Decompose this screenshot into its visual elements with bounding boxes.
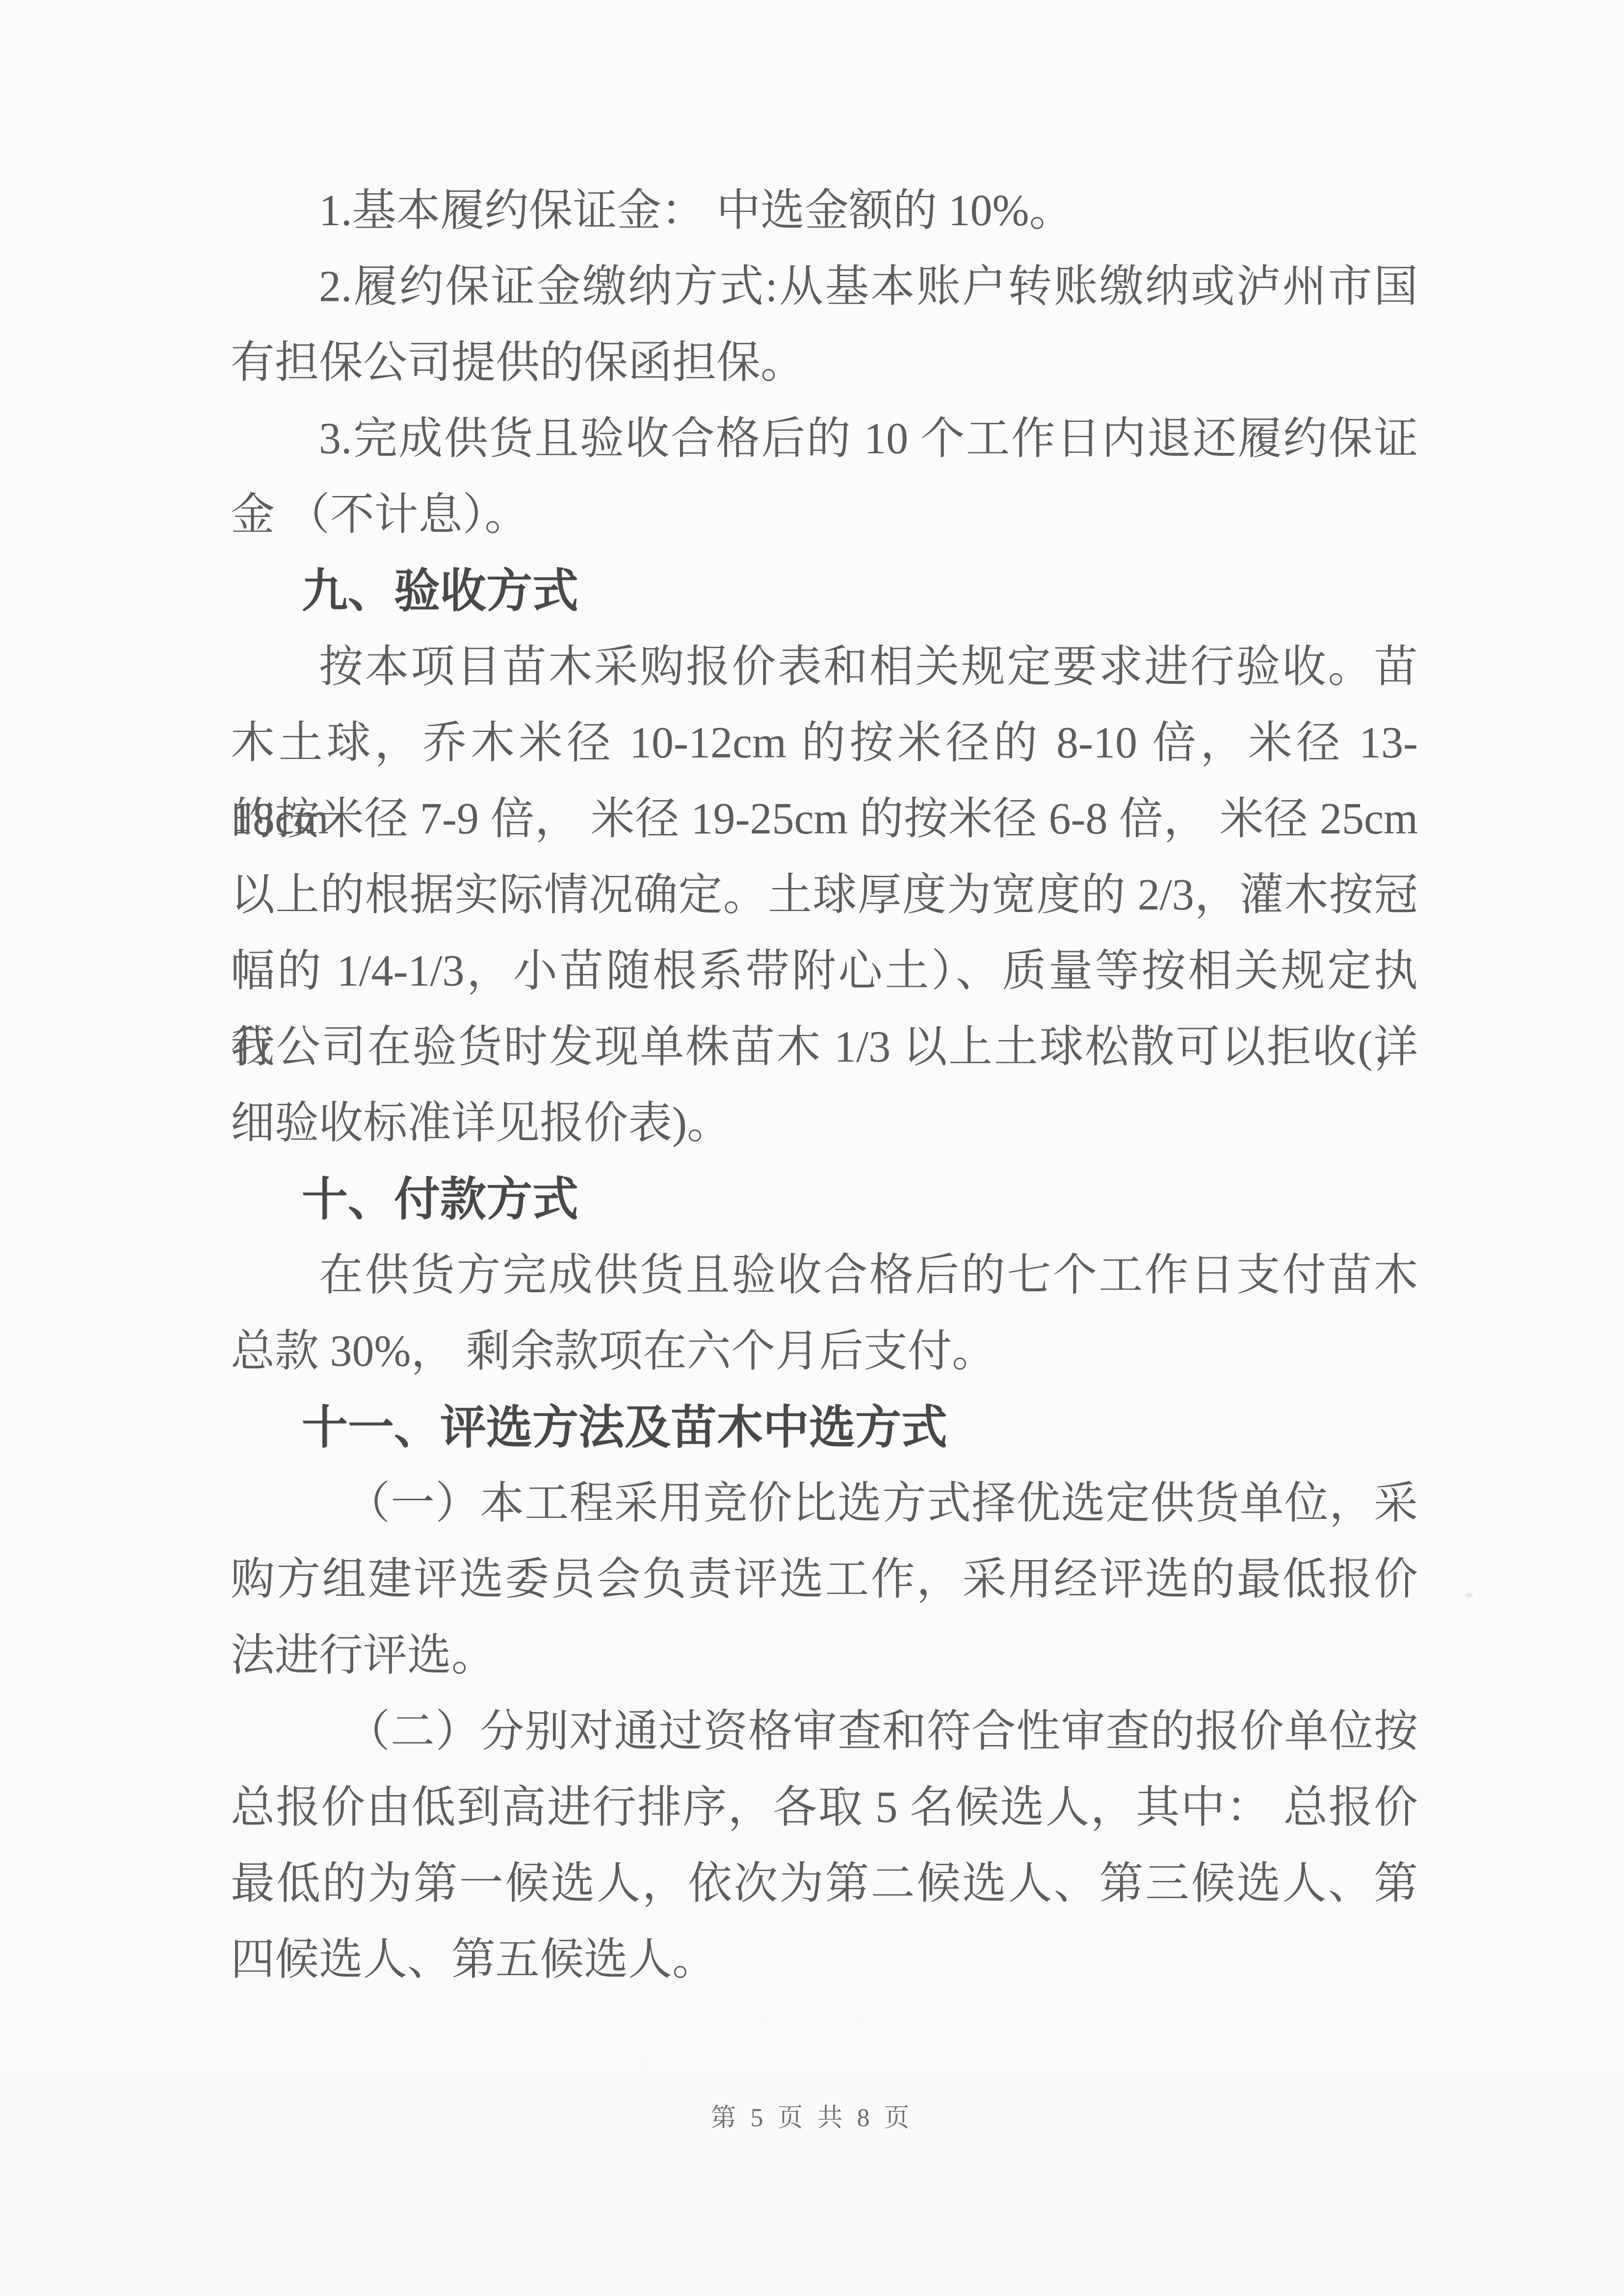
text-line-5: 金 （不计息）。 [231,477,1418,553]
text-line-20: 法进行评选。 [231,1618,1418,1694]
text-line-13: 细验收标准详见报价表)。 [231,1085,1418,1161]
scan-artifact-speck [1465,1592,1473,1598]
section-heading-11: 十一、评选方法及苗木中选方式 [231,1389,1418,1465]
text-line-23: 最低的为第一候选人，依次为第二候选人、第三候选人、第 [231,1846,1418,1922]
text-line-18: （一）本工程采用竞价比选方式择优选定供货单位，采 [231,1465,1418,1541]
text-line-22: 总报价由低到高进行排序，各取 5 名候选人，其中： 总报价 [231,1770,1418,1846]
text-line-2: 2.履约保证金缴纳方式:从基本账户转账缴纳或泸州市国 [231,249,1418,325]
text-line-11: 幅的 1/4-1/3，小苗随根系带附心土）、质量等按相关规定执行， [231,933,1418,1009]
text-line-15: 在供货方完成供货且验收合格后的七个工作日支付苗木 [231,1237,1418,1313]
document-body: 1.基本履约保证金： 中选金额的 10%。 2.履约保证金缴纳方式:从基本账户转… [231,173,1418,1998]
text-line-7: 按本项目苗木采购报价表和相关规定要求进行验收。苗 [231,629,1418,705]
text-line-19: 购方组建评选委员会负责评选工作，采用经评选的最低报价 [231,1541,1418,1618]
text-line-4: 3.完成供货且验收合格后的 10 个工作日内退还履约保证 [231,401,1418,477]
text-line-24: 四候选人、第五候选人。 [231,1922,1418,1998]
text-line-8: 木土球，乔木米径 10-12cm 的按米径的 8-10 倍，米径 13-18cm [231,705,1418,781]
text-line-10: 以上的根据实际情况确定。土球厚度为宽度的 2/3，灌木按冠 [231,857,1418,933]
text-line-3: 有担保公司提供的保函担保。 [231,325,1418,401]
text-line-9: 的按米径 7-9 倍， 米径 19-25cm 的按米径 6-8 倍， 米径 25… [231,781,1418,857]
text-line-21: （二）分别对通过资格审查和符合性审查的报价单位按 [231,1694,1418,1770]
text-line-1: 1.基本履约保证金： 中选金额的 10%。 [231,173,1418,249]
text-line-16: 总款 30%， 剩余款项在六个月后支付。 [231,1313,1418,1389]
text-line-12: 我公司在验货时发现单株苗木 1/3 以上土球松散可以拒收(详 [231,1009,1418,1085]
section-heading-9: 九、验收方式 [231,553,1418,629]
page-number-footer: 第 5 页 共 8 页 [0,2089,1624,2148]
scanned-document-page: 1.基本履约保证金： 中选金额的 10%。 2.履约保证金缴纳方式:从基本账户转… [0,0,1624,2296]
section-heading-10: 十、付款方式 [231,1161,1418,1237]
